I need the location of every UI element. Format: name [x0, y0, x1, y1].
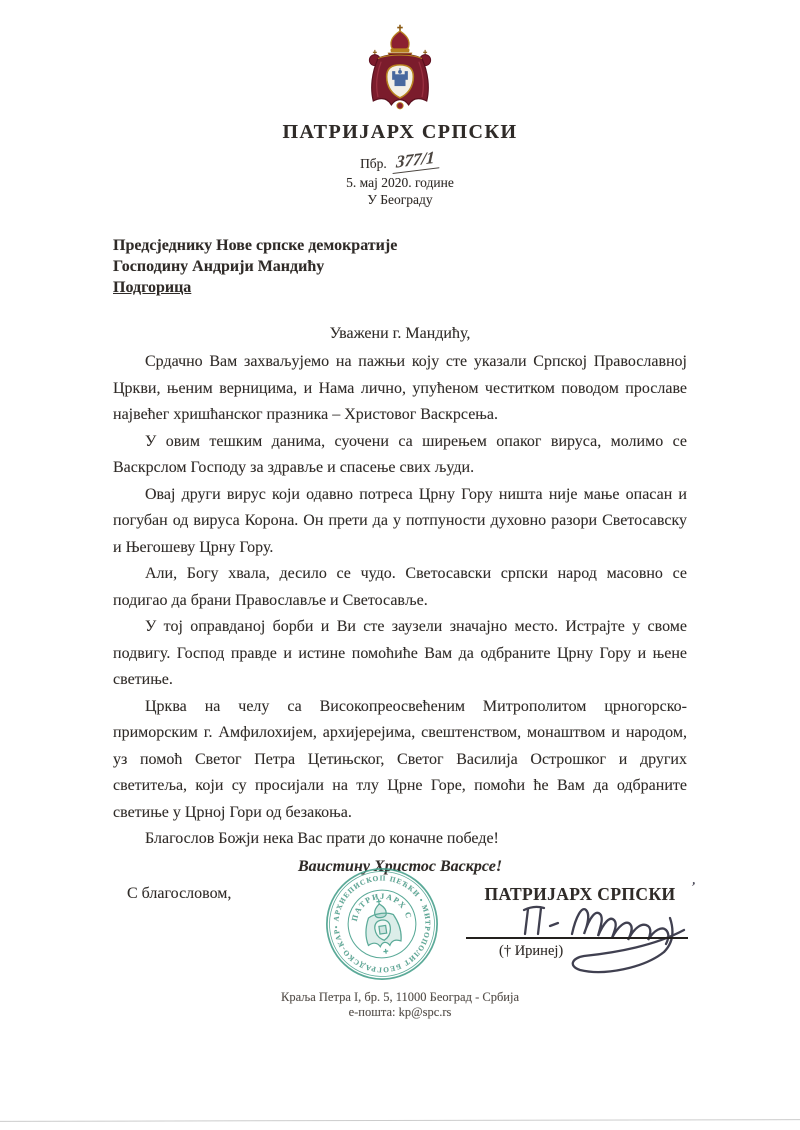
paragraph: У овим тешким данима, суочени са ширењем… — [113, 429, 687, 482]
paragraph: Црква на челу са Високопреосвећеним Митр… — [113, 694, 687, 827]
patriarchate-coat-of-arms-icon — [360, 24, 440, 112]
paragraph: Срдачно Вам захваљујемо на пажњи коју ст… — [113, 349, 687, 429]
salutation: Уважени г. Мандићу, — [0, 325, 800, 343]
protocol-line: Пбр. 377/1 — [0, 153, 800, 174]
letterhead-title: ПАТРИЈАРХ СРПСКИ — [0, 121, 800, 144]
signature-line — [466, 937, 688, 939]
recipient-city: Подгорица — [113, 277, 800, 298]
recipient-block: Предсједнику Нове српске демократије Гос… — [113, 235, 800, 298]
signature-name: († Иринеј) — [499, 943, 563, 960]
scan-edge-line — [0, 1119, 800, 1122]
paragraph: Али, Богу хвала, десило се чудо. Светоса… — [113, 561, 687, 614]
official-round-stamp-icon: • АРХИЕПИСКОП ПЕЋКИ • МИТРОПОЛИТ БЕОГРАД… — [316, 858, 447, 989]
handwritten-signature — [492, 896, 704, 984]
recipient-role: Предсједнику Нове српске демократије — [113, 235, 800, 256]
recipient-name: Господину Андрији Мандићу — [113, 256, 800, 277]
place-line: У Београду — [0, 191, 800, 208]
paragraph: Благослов Божји нека Вас прати до коначн… — [113, 826, 687, 853]
paragraph: Овај други вирус који одавно потреса Црн… — [113, 482, 687, 562]
letter-footer: Краља Петра I, бр. 5, 11000 Београд - Ср… — [0, 990, 800, 1020]
letterhead: ПАТРИЈАРХ СРПСКИ Пбр. 377/1 5. мај 2020.… — [0, 0, 800, 208]
protocol-label: Пбр. — [360, 156, 387, 171]
date-line: 5. мај 2020. године — [0, 174, 800, 191]
scanned-letter-page: ПАТРИЈАРХ СРПСКИ Пбр. 377/1 5. мај 2020.… — [0, 0, 800, 1130]
footer-address: Краља Петра I, бр. 5, 11000 Београд - Ср… — [0, 990, 800, 1005]
protocol-number-handwritten: 377/1 — [393, 147, 441, 174]
letter-body: Срдачно Вам захваљујемо на пажњи коју ст… — [113, 349, 687, 853]
footer-email: е-пошта: kp@spc.rs — [0, 1005, 800, 1020]
paragraph: У тој оправданој борби и Ви сте заузели … — [113, 614, 687, 694]
